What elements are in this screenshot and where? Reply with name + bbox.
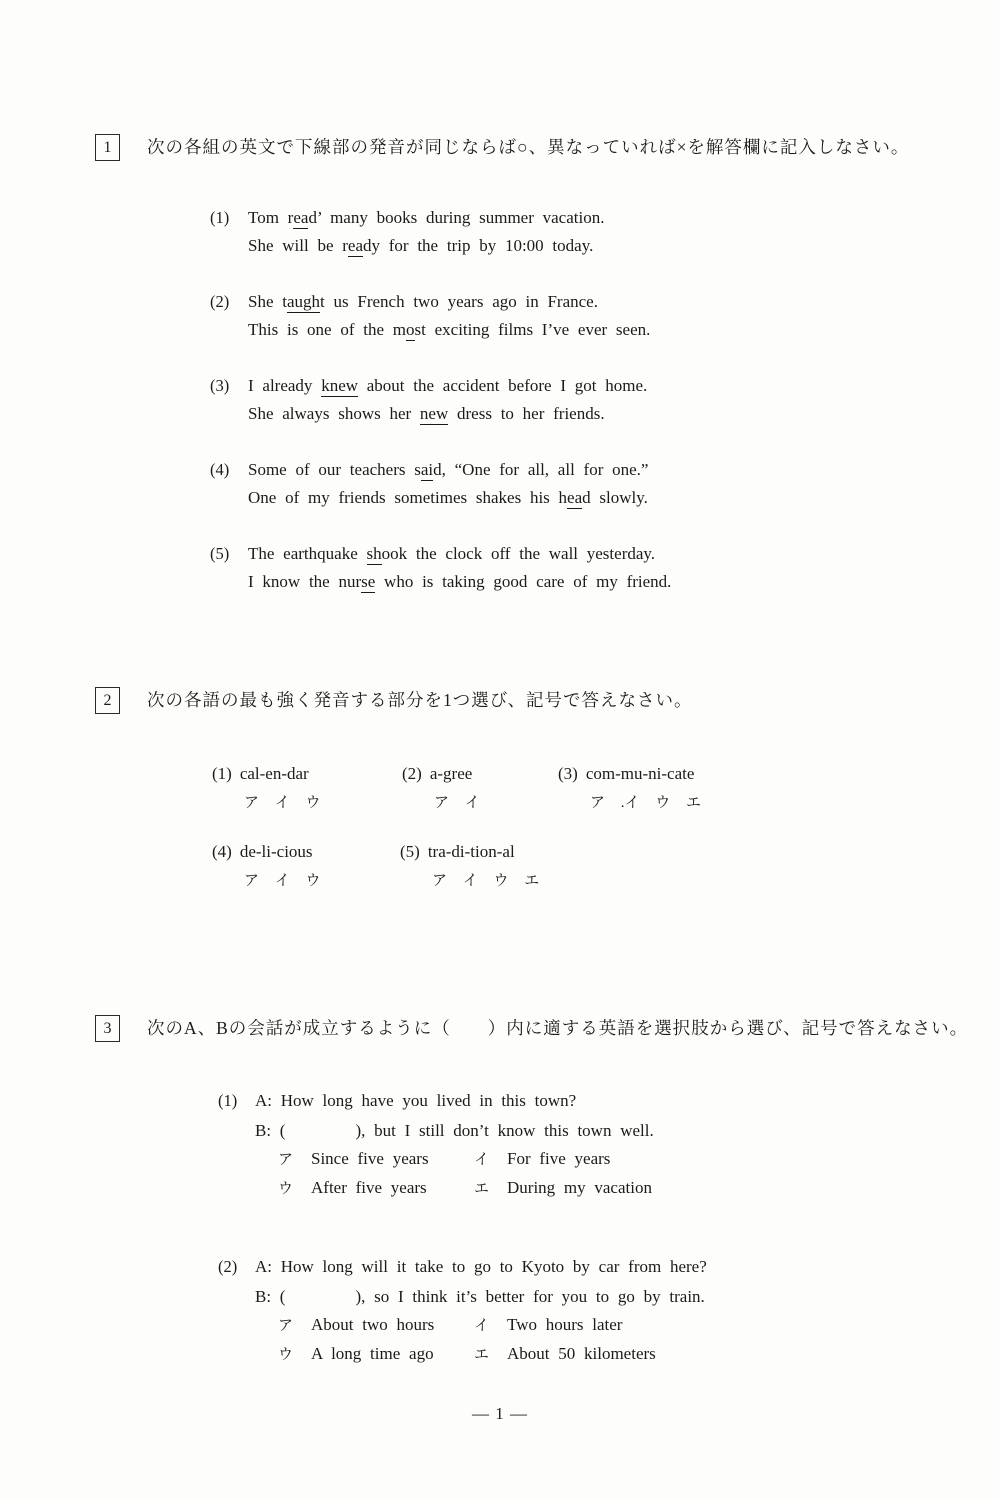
section1-number-box: 1 xyxy=(95,134,120,161)
exam-page: 1 次の各組の英文で下線部の発音が同じならば○、異なっていれば×を解答欄に記入し… xyxy=(0,0,1000,1500)
text-run: t us French two years ago in France. xyxy=(320,292,598,311)
answer-choice: アSince five years xyxy=(278,1145,474,1174)
text-run: dress to her friends. xyxy=(448,404,604,423)
choice-mark: イ xyxy=(474,1146,507,1174)
word-text: de-li-cious xyxy=(240,842,313,861)
text-run: dy for the trip by 10:00 today. xyxy=(363,236,593,255)
sentence-pair: Some of our teachers said, “One for all,… xyxy=(248,456,648,512)
dialogue-item: (1)A: How long have you lived in this to… xyxy=(218,1086,654,1203)
underlined-text: sh xyxy=(367,544,382,565)
syllable-word: (3)com-mu-ni-cate xyxy=(558,763,701,785)
choice-text: Two hours later xyxy=(507,1315,622,1334)
choice-text: About two hours xyxy=(311,1315,434,1334)
choice-mark: ア xyxy=(278,1146,311,1174)
text-run: who is taking good care of my friend. xyxy=(375,572,671,591)
katakana-options: ア .イ ウ エ xyxy=(590,791,701,812)
sentence-pair: She taught us French two years ago in Fr… xyxy=(248,288,650,344)
sentence-pair: I already knew about the accident before… xyxy=(248,372,647,428)
katakana-options: ア イ ウ xyxy=(244,869,321,890)
choice-mark: ウ xyxy=(278,1341,311,1369)
item-number: (1) xyxy=(210,204,248,260)
dialogue-body: A: How long will it take to go to Kyoto … xyxy=(255,1252,707,1369)
sentence-line: She will be ready for the trip by 10:00 … xyxy=(248,232,604,260)
item-number: (1) xyxy=(212,764,232,783)
text-run: One of my friends sometimes shakes his h xyxy=(248,488,567,507)
text-run: I know the nur xyxy=(248,572,361,591)
sentence-line: I already knew about the accident before… xyxy=(248,372,647,400)
underlined-text: o xyxy=(406,320,415,341)
stress-word-item: (5)tra-di-tion-alア イ ウ エ xyxy=(400,841,539,890)
syllable-word: (4)de-li-cious xyxy=(212,841,321,863)
answer-choice: アAbout two hours xyxy=(278,1311,474,1340)
item-number: (5) xyxy=(210,540,248,596)
syllable-word: (2)a-gree xyxy=(402,763,480,785)
sentence-line: She taught us French two years ago in Fr… xyxy=(248,288,650,316)
stress-word-item: (2)a-greeア イ xyxy=(402,763,480,812)
dialogue-item: (2)A: How long will it take to go to Kyo… xyxy=(218,1252,707,1369)
underlined-text: ea xyxy=(567,488,582,509)
answer-choice: イFor five years xyxy=(474,1145,654,1174)
item-number: (4) xyxy=(212,842,232,861)
text-run: The earthquake xyxy=(248,544,367,563)
dialogue-body: A: How long have you lived in this town?… xyxy=(255,1086,654,1203)
syllable-word: (5)tra-di-tion-al xyxy=(400,841,539,863)
underlined-text: ea xyxy=(348,236,363,257)
item-number: (3) xyxy=(558,764,578,783)
sentence-pair: The earthquake shook the clock off the w… xyxy=(248,540,671,596)
text-run: d’ many books during summer vacation. xyxy=(308,208,604,227)
sentence-line: Some of our teachers said, “One for all,… xyxy=(248,456,648,484)
text-run: ook the clock off the wall yesterday. xyxy=(382,544,655,563)
choice-text: During my vacation xyxy=(507,1178,652,1197)
answer-choice: ウAfter five years xyxy=(278,1174,474,1203)
choice-text: For five years xyxy=(507,1149,610,1168)
stress-word-item: (4)de-li-ciousア イ ウ xyxy=(212,841,321,890)
answer-choice: ウA long time ago xyxy=(278,1340,474,1369)
section2-header: 2 次の各語の最も強く発音する部分を1つ選び、記号で答えなさい。 xyxy=(95,686,693,714)
text-run: d, “One for all, all for one.” xyxy=(433,460,648,479)
speaker-b-line: B: ( ), but I still don’t know this town… xyxy=(255,1116,654,1146)
choice-mark: ウ xyxy=(278,1175,311,1203)
item-number: (1) xyxy=(218,1086,255,1203)
item-number: (3) xyxy=(210,372,248,428)
question-item: (3)I already knew about the accident bef… xyxy=(210,372,671,428)
speaker-b-line: B: ( ), so I think it’s better for you t… xyxy=(255,1282,707,1312)
sentence-line: I know the nurse who is taking good care… xyxy=(248,568,671,596)
item-number: (4) xyxy=(210,456,248,512)
answer-choice: イTwo hours later xyxy=(474,1311,707,1340)
page-number: — 1 — xyxy=(0,1404,1000,1424)
section3-header: 3 次のA、Bの会話が成立するように（ ）内に適する英語を選択肢から選び、記号で… xyxy=(95,1014,968,1042)
text-run: Tom r xyxy=(248,208,293,227)
question-item: (5)The earthquake shook the clock off th… xyxy=(210,540,671,596)
section1-heading: 次の各組の英文で下線部の発音が同じならば○、異なっていれば×を解答欄に記入しなさ… xyxy=(147,133,909,161)
sentence-line: The earthquake shook the clock off the w… xyxy=(248,540,671,568)
katakana-options: ア イ ウ xyxy=(244,791,321,812)
choice-text: A long time ago xyxy=(311,1344,434,1363)
sentence-line: This is one of the most exciting films I… xyxy=(248,316,650,344)
sentence-line: She always shows her new dress to her fr… xyxy=(248,400,647,428)
text-run: She always shows her xyxy=(248,404,420,423)
item-number: (5) xyxy=(400,842,420,861)
text-run: She will be r xyxy=(248,236,348,255)
katakana-options: ア イ ウ エ xyxy=(432,869,539,890)
speaker-a-line: A: How long will it take to go to Kyoto … xyxy=(255,1252,707,1282)
sentence-line: Tom read’ many books during summer vacat… xyxy=(248,204,604,232)
answer-choice: エDuring my vacation xyxy=(474,1174,654,1203)
text-run: Some of our teachers s xyxy=(248,460,421,479)
katakana-options: ア イ xyxy=(434,791,480,812)
text-run: about the accident before I got home. xyxy=(358,376,647,395)
syllable-word: (1)cal-en-dar xyxy=(212,763,321,785)
question-item: (2)She taught us French two years ago in… xyxy=(210,288,671,344)
choice-mark: エ xyxy=(474,1175,507,1203)
question-item: (1)Tom read’ many books during summer va… xyxy=(210,204,671,260)
text-run: I already xyxy=(248,376,321,395)
item-number: (2) xyxy=(210,288,248,344)
underlined-text: new xyxy=(420,404,448,425)
answer-choice: エAbout 50 kilometers xyxy=(474,1340,707,1369)
word-text: cal-en-dar xyxy=(240,764,309,783)
text-run: st exciting films I’ve ever seen. xyxy=(415,320,651,339)
underlined-text: ai xyxy=(421,460,433,481)
word-text: tra-di-tion-al xyxy=(428,842,515,861)
section1-header: 1 次の各組の英文で下線部の発音が同じならば○、異なっていれば×を解答欄に記入し… xyxy=(95,133,909,161)
choice-grid: アAbout two hoursイTwo hours laterウA long … xyxy=(278,1311,707,1369)
text-run: d slowly. xyxy=(582,488,648,507)
item-number: (2) xyxy=(218,1252,255,1369)
choice-mark: ア xyxy=(278,1312,311,1340)
choice-text: About 50 kilometers xyxy=(507,1344,656,1363)
section3-heading: 次のA、Bの会話が成立するように（ ）内に適する英語を選択肢から選び、記号で答え… xyxy=(147,1014,968,1042)
speaker-a-line: A: How long have you lived in this town? xyxy=(255,1086,654,1116)
word-text: a-gree xyxy=(430,764,472,783)
choice-text: After five years xyxy=(311,1178,427,1197)
underlined-text: ea xyxy=(293,208,308,229)
section1-items: (1)Tom read’ many books during summer va… xyxy=(210,204,671,624)
section3-number-box: 3 xyxy=(95,1015,120,1042)
choice-mark: イ xyxy=(474,1312,507,1340)
choice-mark: エ xyxy=(474,1341,507,1369)
underlined-text: knew xyxy=(321,376,358,397)
item-number: (2) xyxy=(402,764,422,783)
text-run: She t xyxy=(248,292,287,311)
section2-heading: 次の各語の最も強く発音する部分を1つ選び、記号で答えなさい。 xyxy=(147,686,693,714)
choice-grid: アSince five yearsイFor five yearsウAfter f… xyxy=(278,1145,654,1203)
stress-word-item: (3)com-mu-ni-cateア .イ ウ エ xyxy=(558,763,701,812)
underlined-text: augh xyxy=(287,292,320,313)
question-item: (4)Some of our teachers said, “One for a… xyxy=(210,456,671,512)
stress-word-item: (1)cal-en-darア イ ウ xyxy=(212,763,321,812)
underlined-text: se xyxy=(361,572,375,593)
text-run: This is one of the m xyxy=(248,320,406,339)
sentence-pair: Tom read’ many books during summer vacat… xyxy=(248,204,604,260)
word-text: com-mu-ni-cate xyxy=(586,764,695,783)
choice-text: Since five years xyxy=(311,1149,429,1168)
section2-number-box: 2 xyxy=(95,687,120,714)
sentence-line: One of my friends sometimes shakes his h… xyxy=(248,484,648,512)
